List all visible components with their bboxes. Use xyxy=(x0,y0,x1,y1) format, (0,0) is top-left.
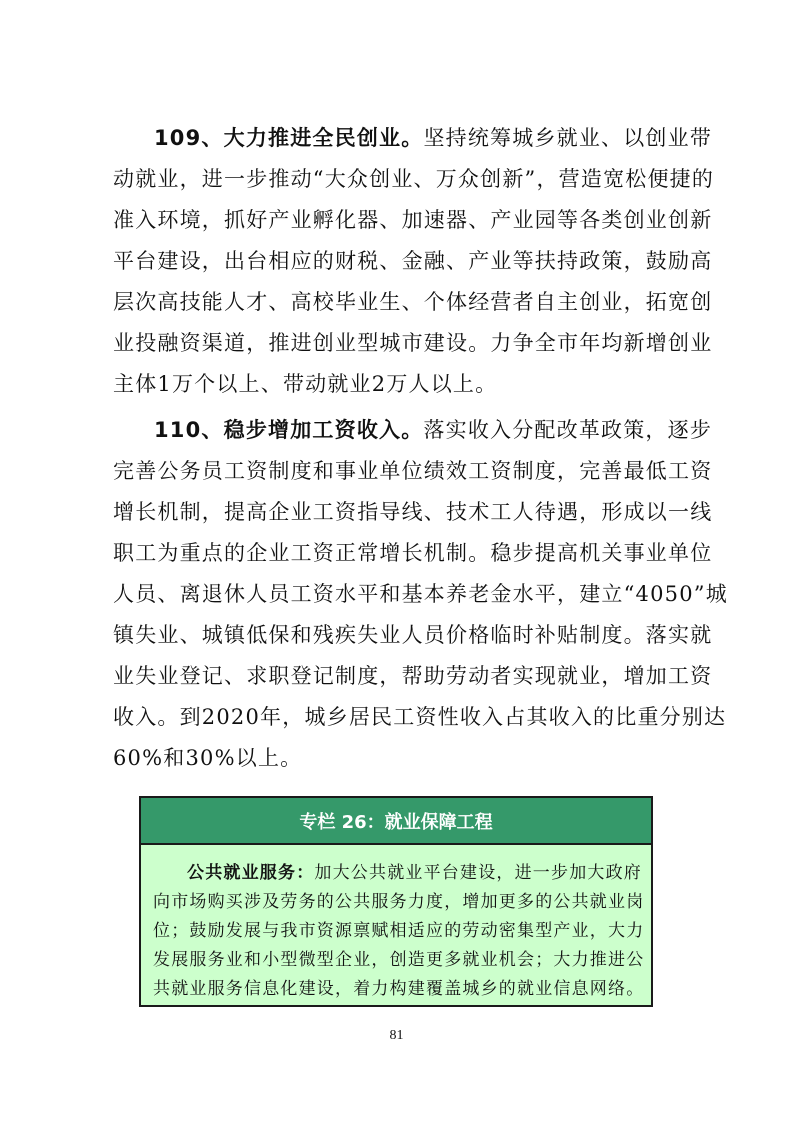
paragraph-line: 层次高技能人才、高校毕业生、个体经营者自主创业，拓宽创 xyxy=(113,282,685,323)
paragraph-110: 110、稳步增加工资收入。落实收入分配改革政策，逐步 完善公务员工资制度和事业单… xyxy=(113,410,685,779)
paragraph-109: 109、大力推进全民创业。坚持统筹城乡就业、以创业带 动就业，进一步推动“大众创… xyxy=(113,118,685,405)
paragraph-line: 110、稳步增加工资收入。落实收入分配改革政策，逐步 xyxy=(113,410,685,451)
paragraph-line: 60%和30%以上。 xyxy=(113,738,685,779)
paragraph-line: 镇失业、城镇低保和残疾失业人员价格临时补贴制度。落实就 xyxy=(113,615,685,656)
paragraph-line: 人员、离退休人员工资水平和基本养老金水平，建立“4050”城 xyxy=(113,574,685,615)
paragraph-line: 业失业登记、求职登记制度，帮助劳动者实现就业，增加工资 xyxy=(113,656,685,697)
paragraph-line: 完善公务员工资制度和事业单位绩效工资制度，完善最低工资 xyxy=(113,451,685,492)
box-line: 共就业服务信息化建设，着力构建覆盖城乡的就业信息网络。 xyxy=(153,975,639,1004)
column-box: 专栏 26：就业保障工程 公共就业服务：加大公共就业平台建设，进一步加大政府 向… xyxy=(139,796,653,1007)
paragraph-line: 平台建设，出台相应的财税、金融、产业等扶持政策，鼓励高 xyxy=(113,241,685,282)
box-line: 向市场购买涉及劳务的公共服务力度，增加更多的公共就业岗 xyxy=(153,888,639,917)
paragraph-line: 主体1万个以上、带动就业2万人以上。 xyxy=(113,364,685,405)
box-line: 发展服务业和小型微型企业，创造更多就业机会；大力推进公 xyxy=(153,946,639,975)
paragraph-line: 职工为重点的企业工资正常增长机制。稳步提高机关事业单位 xyxy=(113,533,685,574)
paragraph-line: 收入。到2020年，城乡居民工资性收入占其收入的比重分别达 xyxy=(113,697,685,738)
box-lead: 公共就业服务： xyxy=(187,863,314,883)
paragraph-line: 增长机制，提高企业工资指导线、技术工人待遇，形成以一线 xyxy=(113,492,685,533)
section-heading: 109、大力推进全民创业。 xyxy=(154,126,423,150)
paragraph-line: 109、大力推进全民创业。坚持统筹城乡就业、以创业带 xyxy=(113,118,685,159)
page-number: 81 xyxy=(0,1028,793,1044)
box-line: 位；鼓励发展与我市资源禀赋相适应的劳动密集型产业，大力 xyxy=(153,917,639,946)
column-box-title: 专栏 26：就业保障工程 xyxy=(141,798,651,845)
paragraph-line: 业投融资渠道，推进创业型城市建设。力争全市年均新增创业 xyxy=(113,323,685,364)
paragraph-line: 动就业，进一步推动“大众创业、万众创新”，营造宽松便捷的 xyxy=(113,159,685,200)
column-box-body: 公共就业服务：加大公共就业平台建设，进一步加大政府 向市场购买涉及劳务的公共服务… xyxy=(141,845,651,1004)
section-heading: 110、稳步增加工资收入。 xyxy=(154,418,423,442)
paragraph-line: 准入环境，抓好产业孵化器、加速器、产业园等各类创业创新 xyxy=(113,200,685,241)
box-line: 公共就业服务：加大公共就业平台建设，进一步加大政府 xyxy=(153,859,639,888)
